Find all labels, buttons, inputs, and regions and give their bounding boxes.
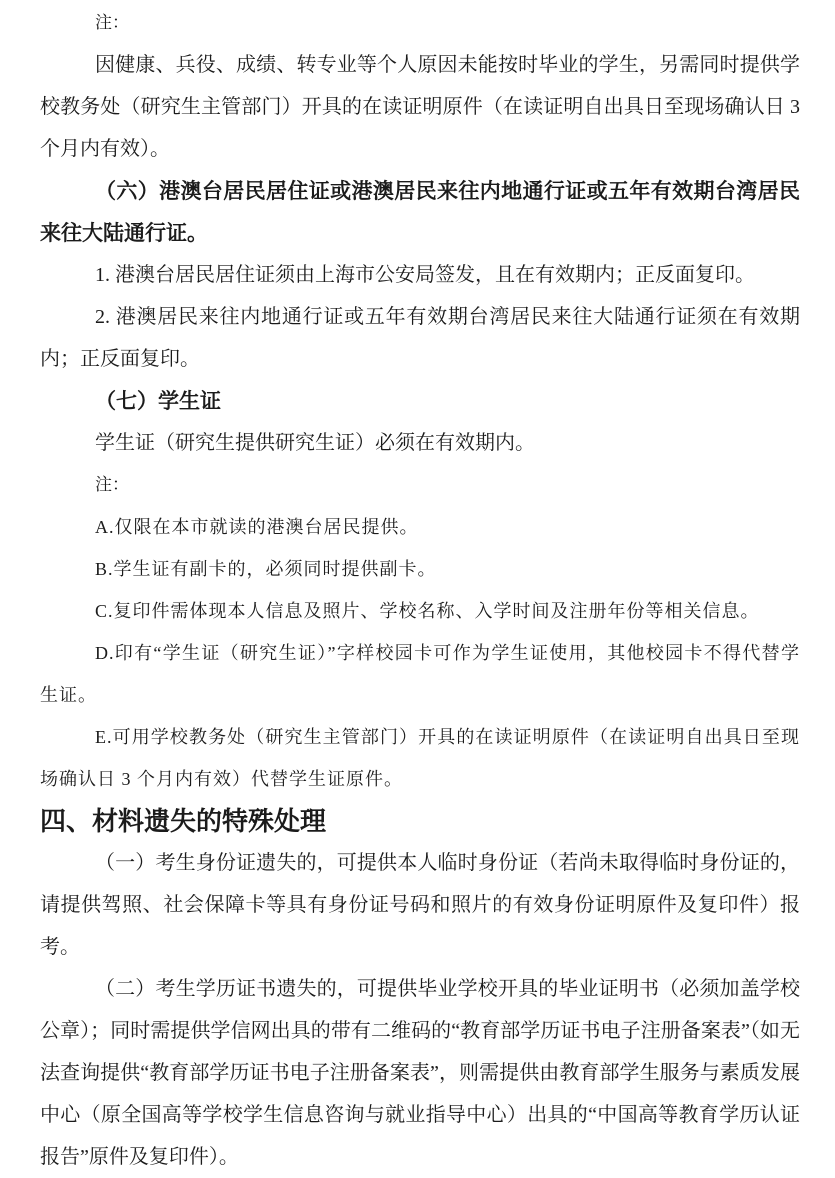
section-6-item-2: 2. 港澳居民来往内地通行证或五年有效期台湾居民来往大陆通行证须在有效期内；正反…: [40, 296, 800, 380]
top-note-paragraph: 因健康、兵役、成绩、转专业等个人原因未能按时毕业的学生，另需同时提供学校教务处（…: [40, 44, 800, 170]
section-6-item-1: 1. 港澳台居民居住证须由上海市公安局签发，且在有效期内；正反面复印。: [40, 254, 800, 296]
top-note-label: 注：: [40, 2, 800, 44]
chapter-4-heading: 四、材料遗失的特殊处理: [40, 800, 800, 842]
chapter-4-item-1: （一）考生身份证遗失的，可提供本人临时身份证（若尚未取得临时身份证的，请提供驾照…: [40, 842, 800, 968]
section-7-note-d: D.印有“学生证（研究生证）”字样校园卡可作为学生证使用，其他校园卡不得代替学生…: [40, 632, 800, 716]
document-page: 注： 因健康、兵役、成绩、转专业等个人原因未能按时毕业的学生，另需同时提供学校教…: [0, 0, 835, 1178]
section-7-body: 学生证（研究生提供研究生证）必须在有效期内。: [40, 422, 800, 464]
section-7-note-label: 注：: [40, 464, 800, 506]
section-6-heading: （六）港澳台居民居住证或港澳居民来往内地通行证或五年有效期台湾居民来往大陆通行证…: [40, 170, 800, 254]
section-7-note-e: E.可用学校教务处（研究生主管部门）开具的在读证明原件（在读证明自出具日至现场确…: [40, 716, 800, 800]
section-7-note-b: B.学生证有副卡的，必须同时提供副卡。: [40, 548, 800, 590]
chapter-4-item-2: （二）考生学历证书遗失的，可提供毕业学校开具的毕业证明书（必须加盖学校公章）；同…: [40, 968, 800, 1178]
section-7-heading: （七）学生证: [40, 380, 800, 422]
section-7-note-c: C.复印件需体现本人信息及照片、学校名称、入学时间及注册年份等相关信息。: [40, 590, 800, 632]
section-7-note-a: A.仅限在本市就读的港澳台居民提供。: [40, 506, 800, 548]
